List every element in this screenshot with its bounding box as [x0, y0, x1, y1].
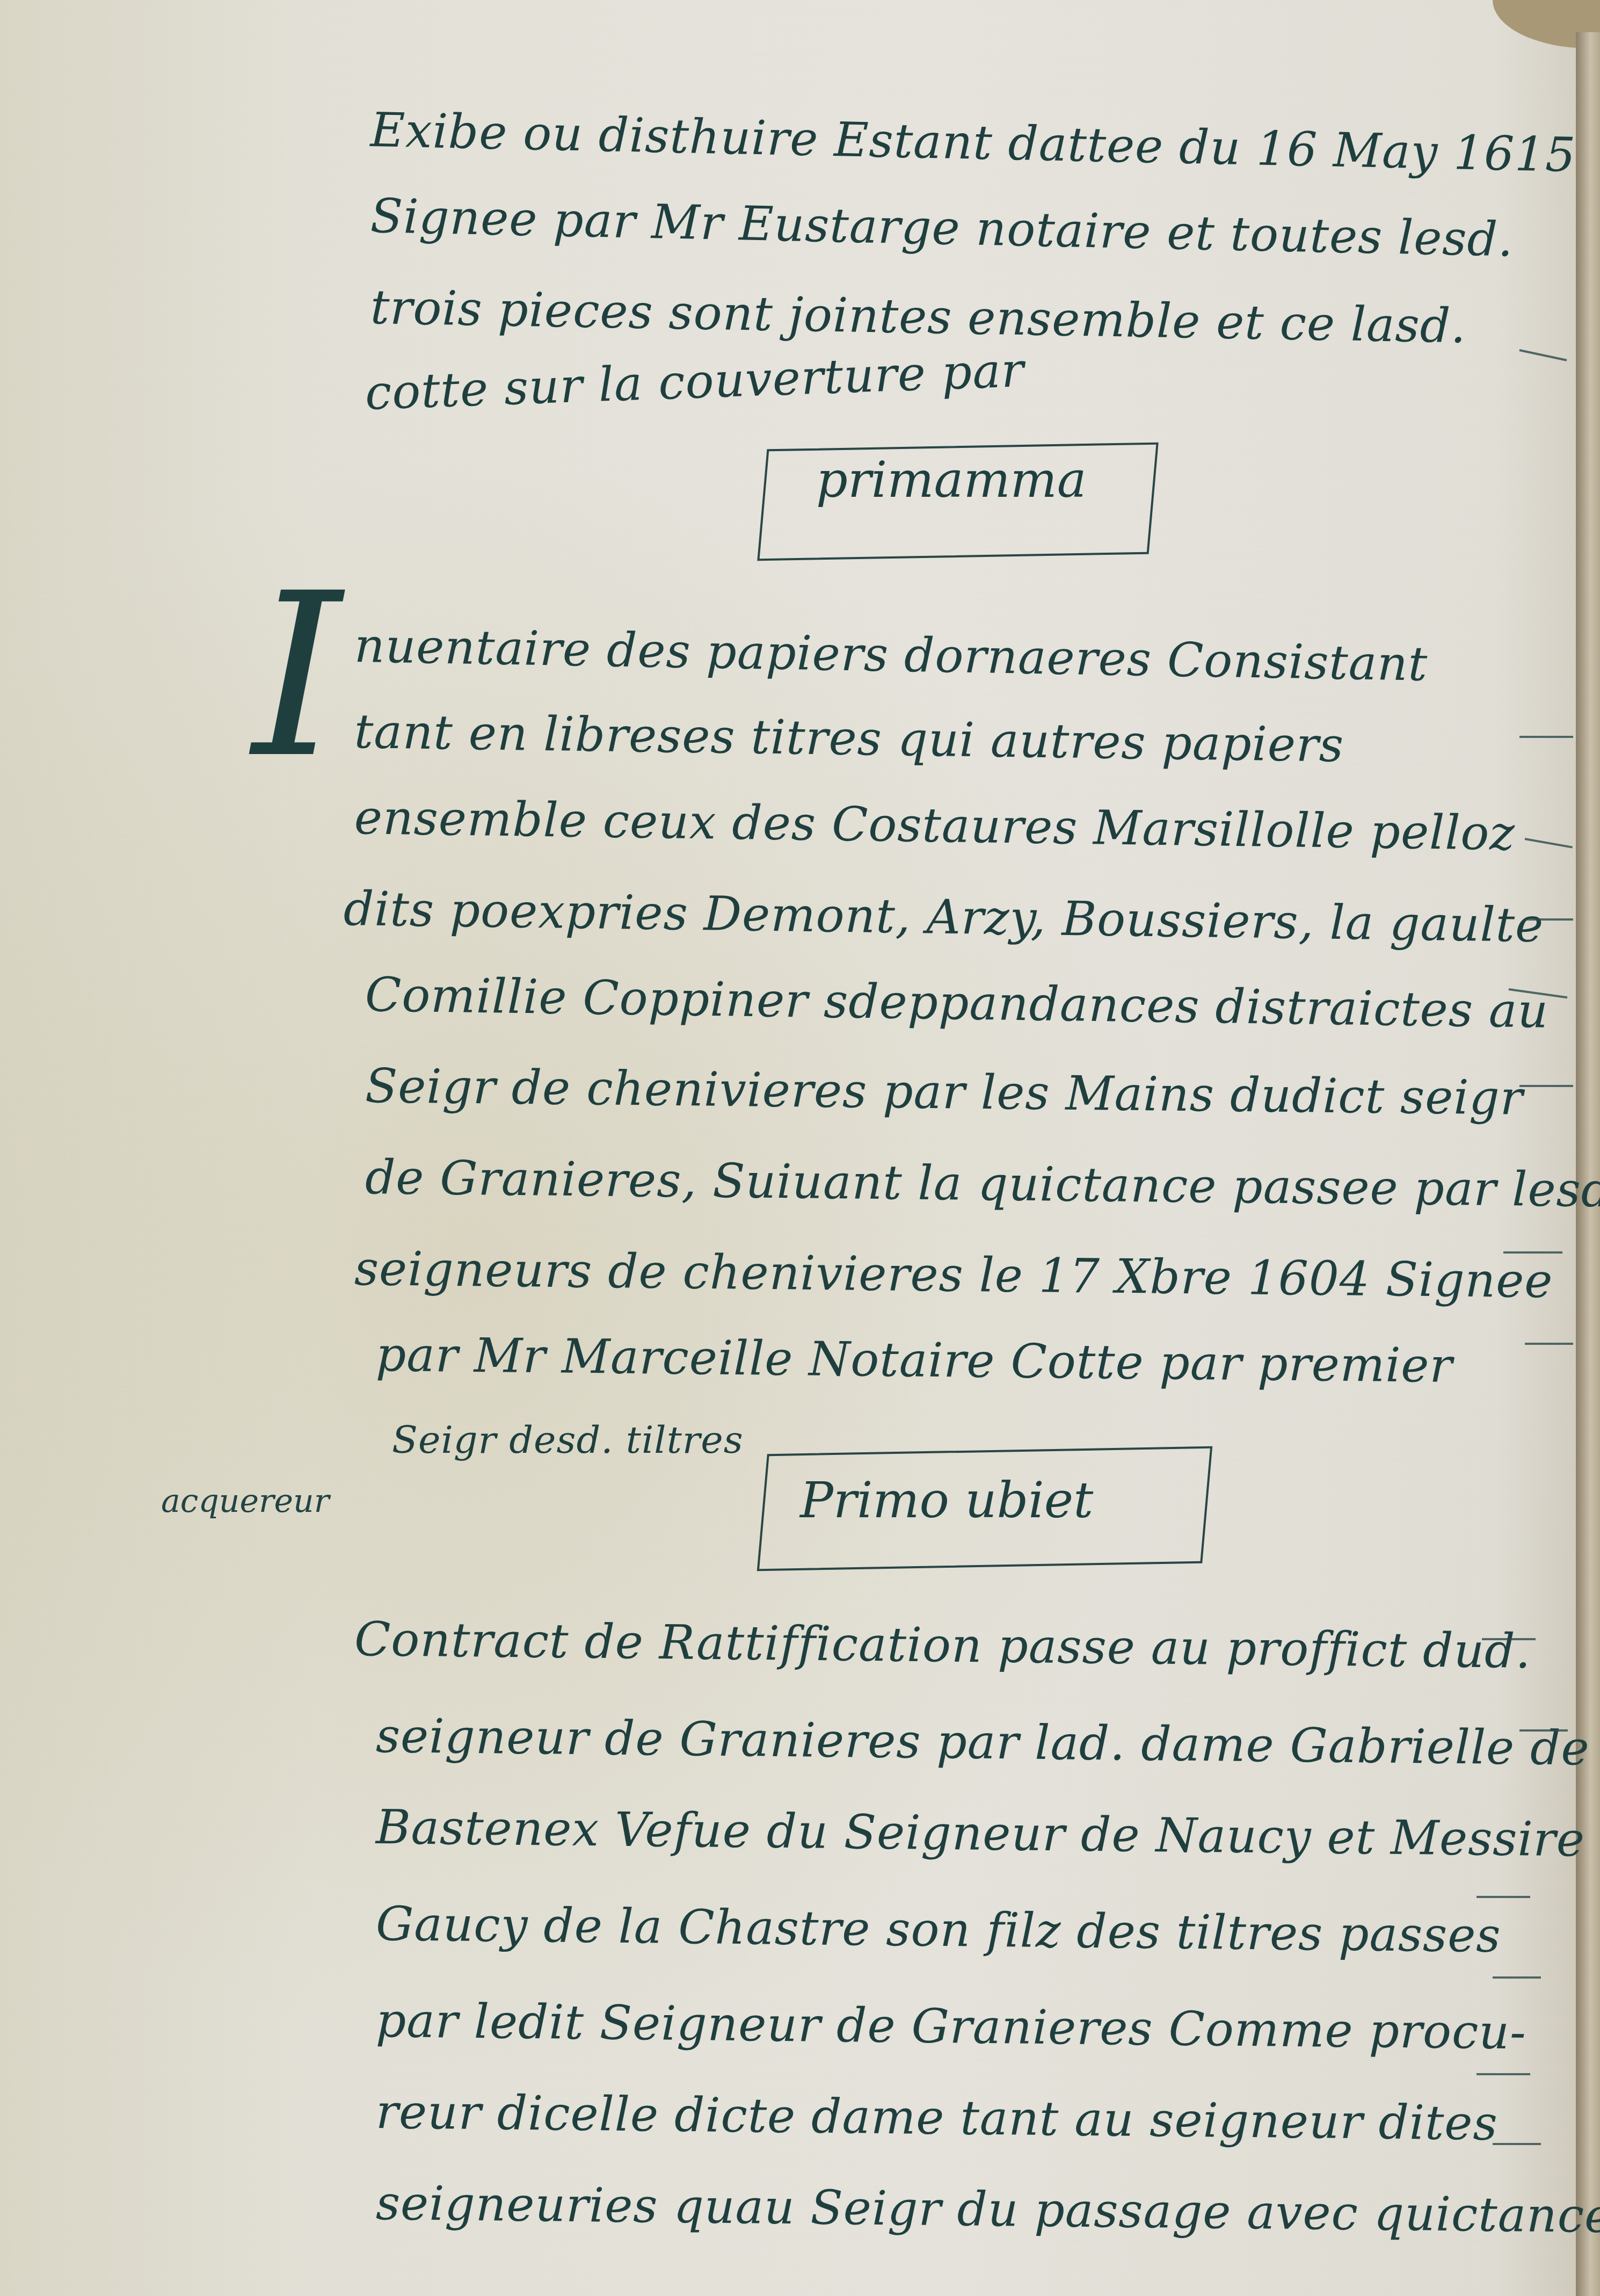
- line-filler-dash: [1477, 1896, 1530, 1898]
- line-filler-dash: [1503, 1251, 1562, 1254]
- line-filler-dash: [1482, 1638, 1536, 1640]
- text-line: Seigr desd. tiltres: [392, 1418, 744, 1462]
- decorated-initial: I: [252, 564, 341, 790]
- line-filler-dash: [1477, 2073, 1530, 2075]
- text-line: reur dicelle dicte dame tant au seigneur…: [375, 2084, 1498, 2151]
- line-filler-dash: [1519, 1729, 1568, 1732]
- line-filler-dash: [1525, 918, 1573, 921]
- section-heading: Primo ubiet: [800, 1472, 1093, 1529]
- marginal-annotation: acquereur: [161, 1482, 329, 1520]
- text-line: par Mr Marceille Notaire Cotte par premi…: [375, 1327, 1453, 1393]
- line-filler-dash: [1525, 1343, 1573, 1345]
- line-filler-dash: [1493, 1976, 1541, 1979]
- line-filler-dash: [1519, 1085, 1573, 1087]
- line-filler-dash: [1493, 2143, 1541, 2145]
- section-heading: primamma: [816, 451, 1087, 509]
- text-line: Gaucy de la Chastre son filz des tiltres…: [375, 1896, 1501, 1963]
- line-filler-dash: [1519, 736, 1573, 738]
